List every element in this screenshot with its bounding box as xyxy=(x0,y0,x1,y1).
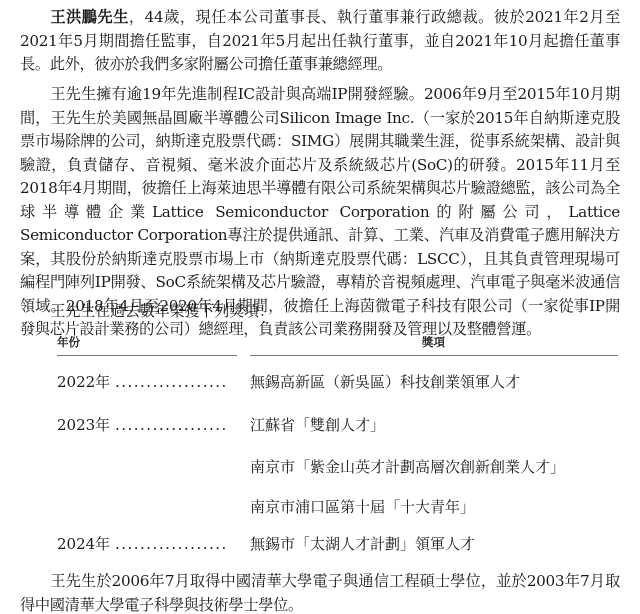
table-row-year: 2024年 .................. xyxy=(57,534,237,554)
header-rule-year xyxy=(57,355,237,356)
table-row-award: 南京市浦口區第十屆「十大青年」 xyxy=(250,497,475,517)
header-rule-award xyxy=(250,355,618,356)
table-row-year: 2023年 .................. xyxy=(57,415,237,435)
table-row-award: 無錫市「太湖人才計劃」領軍人才 xyxy=(250,534,475,554)
table-row-award: 無錫高新區（新吳區）科技創業領軍人才 xyxy=(250,372,520,392)
intro-paragraph: 王洪鵬先生，44歲，現任本公司董事長、執行董事兼行政總裁。彼於2021年2月至2… xyxy=(20,6,620,77)
table-row-award: 南京市「紫金山英才計劃高層次創新創業人才」 xyxy=(250,457,565,477)
table-row-year: 2022年 .................. xyxy=(57,372,237,392)
awards-intro: 王先生在過去數年榮獲下列獎項： xyxy=(20,300,620,324)
person-name: 王洪鵬先生 xyxy=(50,8,129,26)
table-row-award: 江蘇省「雙創人才」 xyxy=(250,415,385,435)
header-year: 年份 xyxy=(57,334,80,350)
header-award: 獎項 xyxy=(422,334,445,350)
education-paragraph: 王先生於2006年7月取得中國清華大學電子與通信工程碩士學位，並於2003年7月… xyxy=(20,570,620,614)
